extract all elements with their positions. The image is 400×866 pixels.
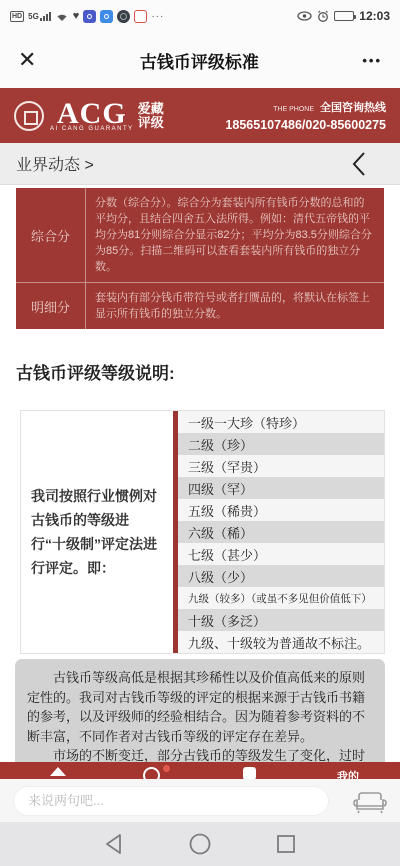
hotline-numbers[interactable]: 18565107486/020-85600275 <box>225 118 386 132</box>
notes-paragraph-1: 古钱币等级高低是根据其珍稀性以及价值高低来的原则定性的。我司对古钱币等级的评定的… <box>27 668 373 746</box>
table-row: 明细分 套装内有部分钱币带符号或者打赝品的，将默认在标签上显示所有钱币的独立分数… <box>16 283 384 329</box>
score-row-text: 分数（综合分）。综合分为套装内所有钱币分数的总和的平均分，且结合四舍五入法所得。… <box>86 188 384 282</box>
list-item: 十级（多泛） <box>178 609 384 631</box>
eye-icon <box>297 11 312 21</box>
back-chevron-icon[interactable] <box>352 151 366 177</box>
list-item: 九级（较多）（或虽不多见但价值低下） <box>178 587 384 609</box>
page-title: 古钱币评级标准 <box>36 48 362 73</box>
wifi-icon <box>55 11 69 22</box>
grade-intro-text: 我司按照行业惯例对古钱币的等级进行“十级制”评定法进行评定。即： <box>21 411 173 653</box>
table-row: 综合分 分数（综合分）。综合分为套装内所有钱币分数的总和的平均分，且结合四舍五入… <box>16 188 384 283</box>
globe-app-icon <box>117 10 130 23</box>
comment-bar <box>0 779 400 822</box>
phone-screen: HD 5G ♥ ··· 12:03 ✕ 古钱币评级标准 ••• <box>0 0 400 866</box>
acg-logo[interactable]: ACG AI CANG GUARANTY 爱藏 评级 <box>50 100 164 132</box>
status-left-icons: HD 5G ♥ ··· <box>10 10 164 23</box>
more-menu-icon[interactable]: ••• <box>362 53 382 68</box>
red-square-app-icon <box>134 10 147 23</box>
title-bar: ✕ 古钱币评级标准 ••• <box>0 32 400 88</box>
android-home-icon[interactable] <box>188 832 212 856</box>
list-item: 九级、十级较为普通故不标注。 <box>178 631 384 653</box>
section-title: 古钱币评级等级说明: <box>16 359 384 384</box>
bulb-app-icon <box>83 10 96 23</box>
more-status-icon: ··· <box>151 11 164 22</box>
article-content[interactable]: 综合分 分数（综合分）。综合分为套装内所有钱币分数的总和的平均分，且结合四舍五入… <box>0 185 400 762</box>
alarm-icon <box>317 10 329 22</box>
breadcrumb[interactable]: 业界动态 > <box>16 152 94 175</box>
grade-level-list: 一级一大珍（特珍） 二级（珍） 三级（罕贵） 四级（罕） 五级（稀贵） 六级（稀… <box>178 411 384 653</box>
close-icon[interactable]: ✕ <box>18 49 36 71</box>
acg-logo-chinese: 爱藏 评级 <box>138 102 164 130</box>
notes-block: 古钱币等级高低是根据其珍稀性以及价值高低来的原则定性的。我司对古钱币等级的评定的… <box>15 659 385 762</box>
list-item: 二级（珍） <box>178 433 384 455</box>
hotline-label-cn: 全国咨询热线 <box>320 99 386 115</box>
list-item: 三级（罕贵） <box>178 455 384 477</box>
battery-icon <box>334 11 354 21</box>
home-tab-icon[interactable] <box>50 767 66 776</box>
list-item: 六级（稀） <box>178 521 384 543</box>
grade-levels-table: 我司按照行业惯例对古钱币的等级进行“十级制”评定法进行评定。即： 一级一大珍（特… <box>20 410 385 654</box>
message-tab-icon[interactable] <box>143 767 160 779</box>
hotline-block: THE PHONE 全国咨询热线 18565107486/020-8560027… <box>225 99 386 132</box>
android-back-icon[interactable] <box>104 833 124 855</box>
score-row-text: 套装内有部分钱币带符号或者打赝品的，将默认在标签上显示所有钱币的独立分数。 <box>86 283 384 329</box>
score-definition-table: 综合分 分数（综合分）。综合分为套装内所有钱币分数的总和的平均分，且结合四舍五入… <box>16 188 384 329</box>
acg-logo-subtext: AI CANG GUARANTY <box>50 126 134 132</box>
search-app-icon <box>100 10 113 23</box>
hotline-label-en: THE PHONE <box>273 106 314 113</box>
notification-badge <box>163 765 170 772</box>
clock-time: 12:03 <box>359 9 390 23</box>
android-recents-icon[interactable] <box>276 834 296 854</box>
heart-app-icon: ♥ <box>73 10 80 22</box>
hd-badge: HD <box>10 11 24 22</box>
comment-input[interactable] <box>13 786 329 816</box>
sofa-comment-icon[interactable] <box>353 788 387 814</box>
acg-logo-text: ACG <box>57 100 127 128</box>
site-tab-bar: 我的 <box>0 762 400 779</box>
list-item: 一级一大珍（特珍） <box>178 411 384 433</box>
score-row-label: 明细分 <box>16 283 86 329</box>
profile-tab[interactable]: 我的 <box>337 768 359 779</box>
network-5g-signal-icon: 5G <box>28 12 51 21</box>
notes-paragraph-2: 市场的不断变迁，部分古钱币的等级发生了变化，过时的书籍没有及时的更新，也是不能盲… <box>27 746 373 762</box>
status-bar: HD 5G ♥ ··· 12:03 <box>0 0 400 32</box>
list-item: 七级（甚少） <box>178 543 384 565</box>
apps-tab-icon[interactable] <box>243 767 256 779</box>
status-right-icons: 12:03 <box>297 9 390 23</box>
list-item: 四级（罕） <box>178 477 384 499</box>
score-row-label: 综合分 <box>16 188 86 282</box>
coin-logo-icon <box>14 101 44 131</box>
breadcrumb-bar: 业界动态 > <box>0 143 400 185</box>
android-nav-bar <box>0 822 400 866</box>
list-item: 八级（少） <box>178 565 384 587</box>
brand-header: ACG AI CANG GUARANTY 爱藏 评级 THE PHONE 全国咨… <box>0 88 400 143</box>
list-item: 五级（稀贵） <box>178 499 384 521</box>
